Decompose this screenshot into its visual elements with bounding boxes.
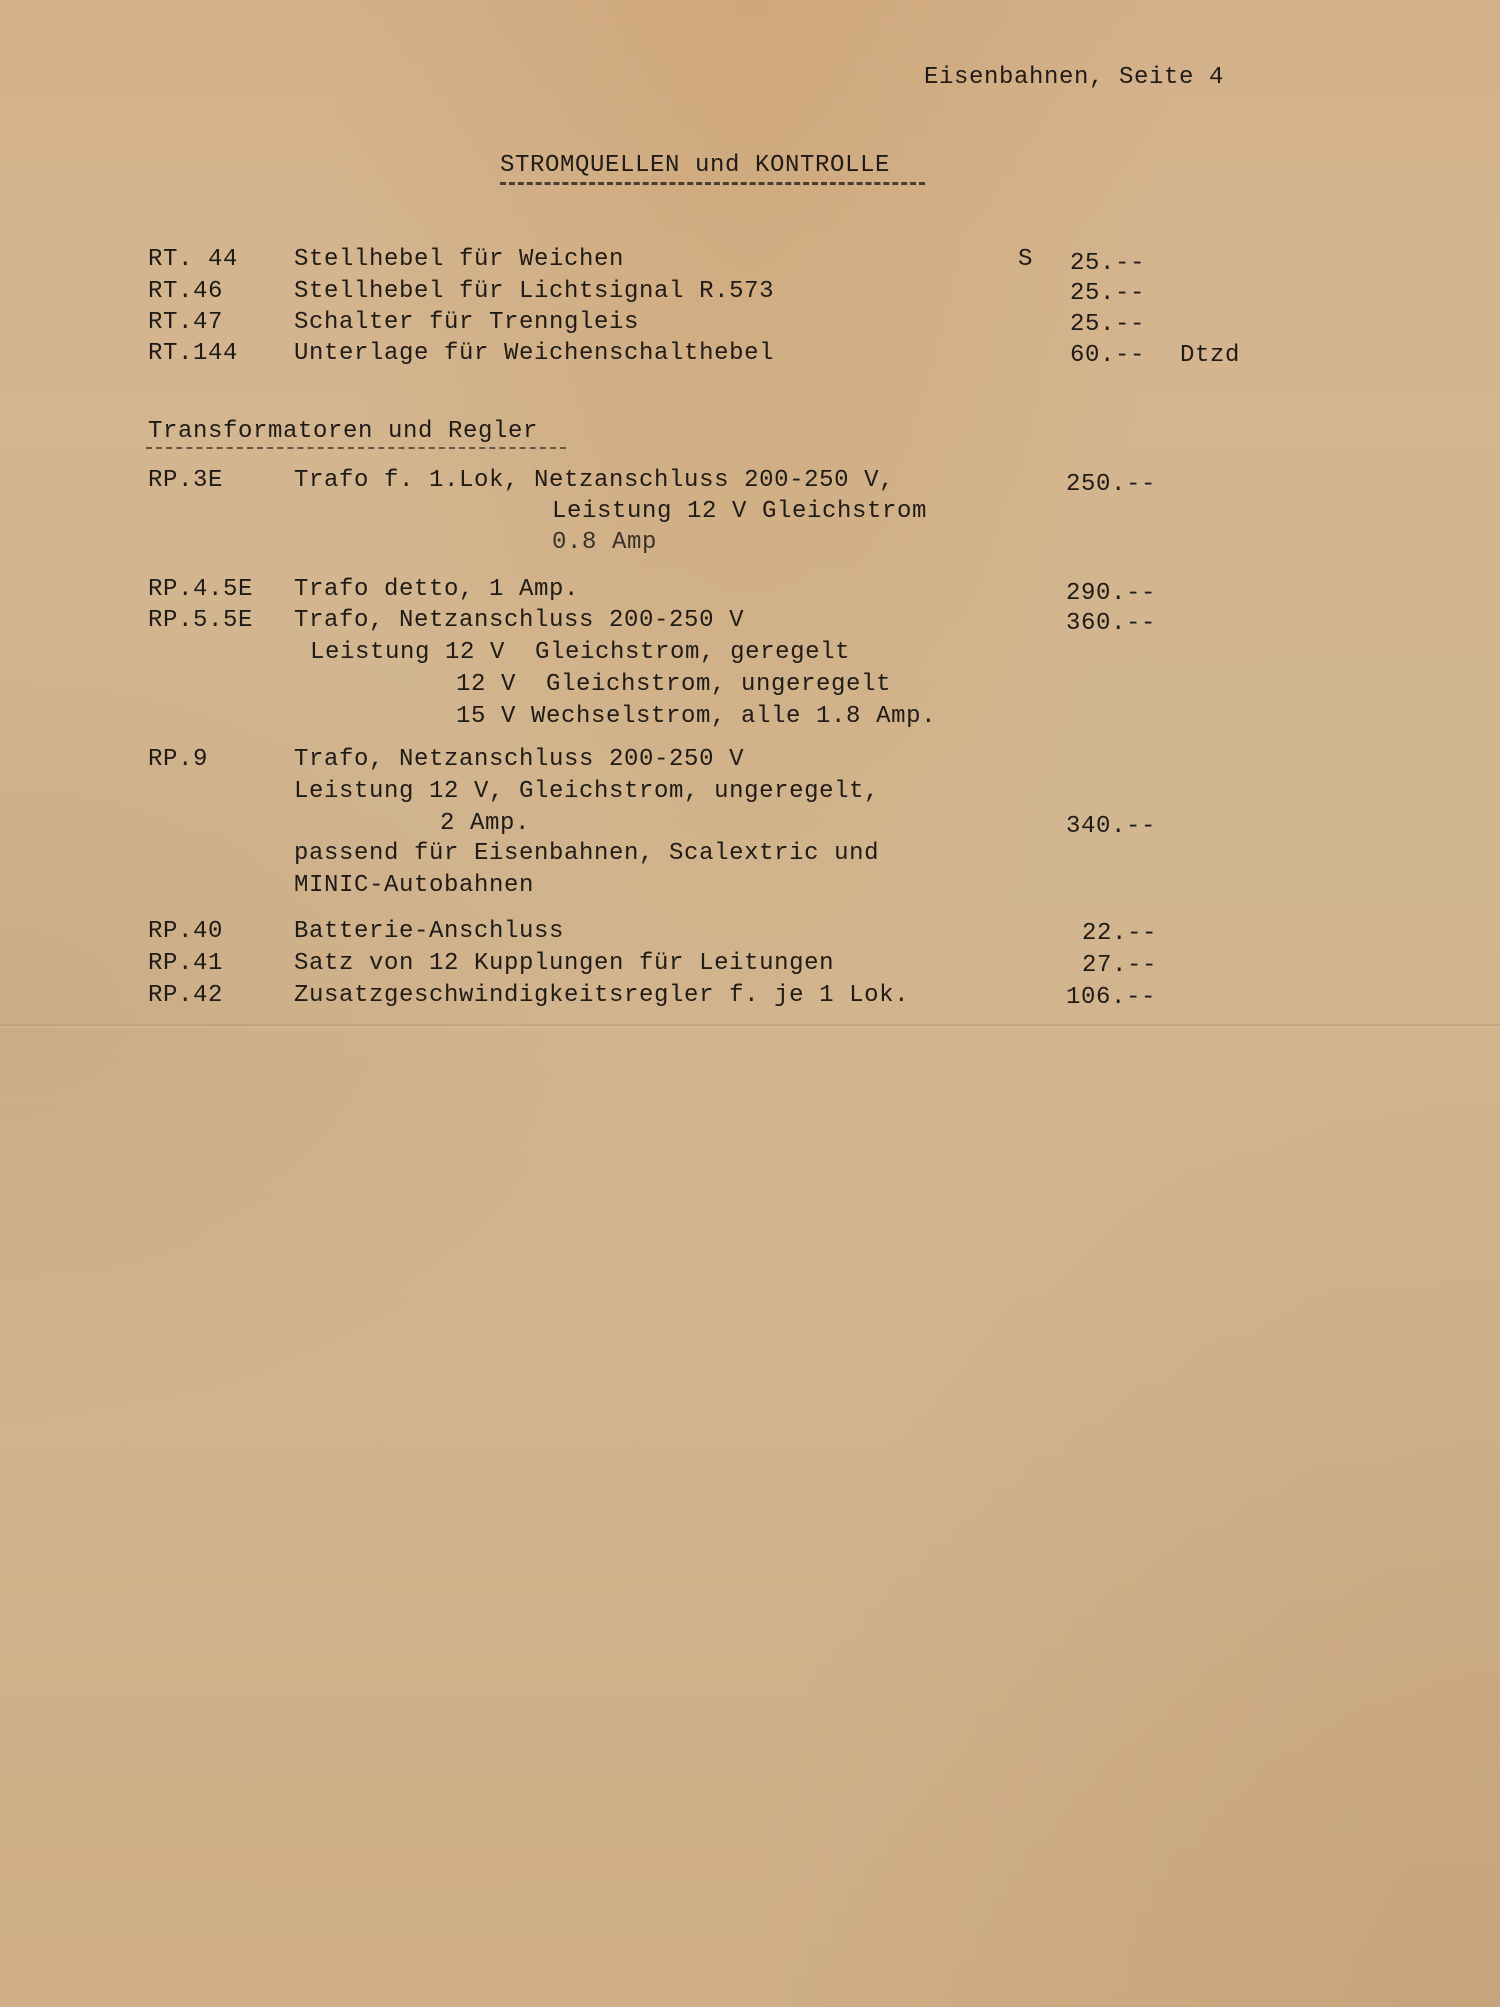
item-code: RT.144	[148, 340, 238, 368]
item-price: 25.--	[1070, 311, 1145, 339]
item-code: RP.42	[148, 982, 223, 1010]
item-description: Unterlage für Weichenschalthebel	[294, 340, 774, 368]
item-price: 106.--	[1066, 984, 1156, 1012]
item-description-line: Satz von 12 Kupplungen für Leitungen	[294, 950, 834, 978]
item-description-line: Zusatzgeschwindigkeitsregler f. je 1 Lok…	[294, 982, 909, 1010]
item-code: RP.41	[148, 950, 223, 978]
item-description: Stellhebel für Lichtsignal R.573	[294, 278, 774, 306]
item-code: RP.3E	[148, 467, 223, 495]
item-description-line: MINIC-Autobahnen	[294, 872, 534, 900]
item-price: 340.--	[1066, 813, 1156, 841]
page-header: Eisenbahnen, Seite 4	[924, 64, 1224, 92]
item-price: 60.--	[1070, 342, 1145, 370]
item-price: 290.--	[1066, 580, 1156, 608]
item-price: 360.--	[1066, 610, 1156, 638]
item-description-line: 12 V Gleichstrom, ungeregelt	[456, 671, 891, 699]
paper-fold-crease	[0, 1024, 1500, 1028]
item-description-line: Trafo detto, 1 Amp.	[294, 576, 579, 604]
item-description-line: Trafo, Netzanschluss 200-250 V	[294, 746, 744, 774]
item-description-line: 2 Amp.	[440, 810, 530, 838]
item-description-line: Leistung 12 V, Gleichstrom, ungeregelt,	[294, 778, 879, 806]
item-description-line: Leistung 12 V Gleichstrom, geregelt	[310, 639, 850, 667]
section-heading-underline	[146, 447, 566, 449]
item-code: RP.5.5E	[148, 607, 253, 635]
item-price: 250.--	[1066, 471, 1156, 499]
item-code: RP.9	[148, 746, 208, 774]
item-code: RT.46	[148, 278, 223, 306]
item-code: RT.47	[148, 309, 223, 337]
document-page: Eisenbahnen, Seite 4 STROMQUELLEN und KO…	[0, 0, 1500, 2007]
item-price: 27.--	[1082, 952, 1157, 980]
item-description-line: passend für Eisenbahnen, Scalextric und	[294, 840, 879, 868]
page-title: STROMQUELLEN und KONTROLLE	[500, 152, 890, 180]
item-price: 25.--	[1070, 250, 1145, 278]
item-code: RP.40	[148, 918, 223, 946]
item-unit: Dtzd	[1180, 342, 1240, 370]
item-description: Stellhebel für Weichen	[294, 246, 624, 274]
item-description-line: 0.8 Amp	[552, 529, 657, 557]
item-code: RT. 44	[148, 246, 238, 274]
item-code: RP.4.5E	[148, 576, 253, 604]
item-mark: S	[1018, 246, 1033, 274]
title-underline	[500, 182, 925, 185]
item-price: 25.--	[1070, 280, 1145, 308]
item-description-line: 15 V Wechselstrom, alle 1.8 Amp.	[456, 703, 936, 731]
item-description-line: Leistung 12 V Gleichstrom	[552, 498, 927, 526]
item-description: Schalter für Trenngleis	[294, 309, 639, 337]
item-description-line: Trafo, Netzanschluss 200-250 V	[294, 607, 744, 635]
item-price: 22.--	[1082, 920, 1157, 948]
item-description-line: Batterie-Anschluss	[294, 918, 564, 946]
item-description-line: Trafo f. 1.Lok, Netzanschluss 200-250 V,	[294, 467, 894, 495]
section-heading: Transformatoren und Regler	[148, 418, 538, 446]
